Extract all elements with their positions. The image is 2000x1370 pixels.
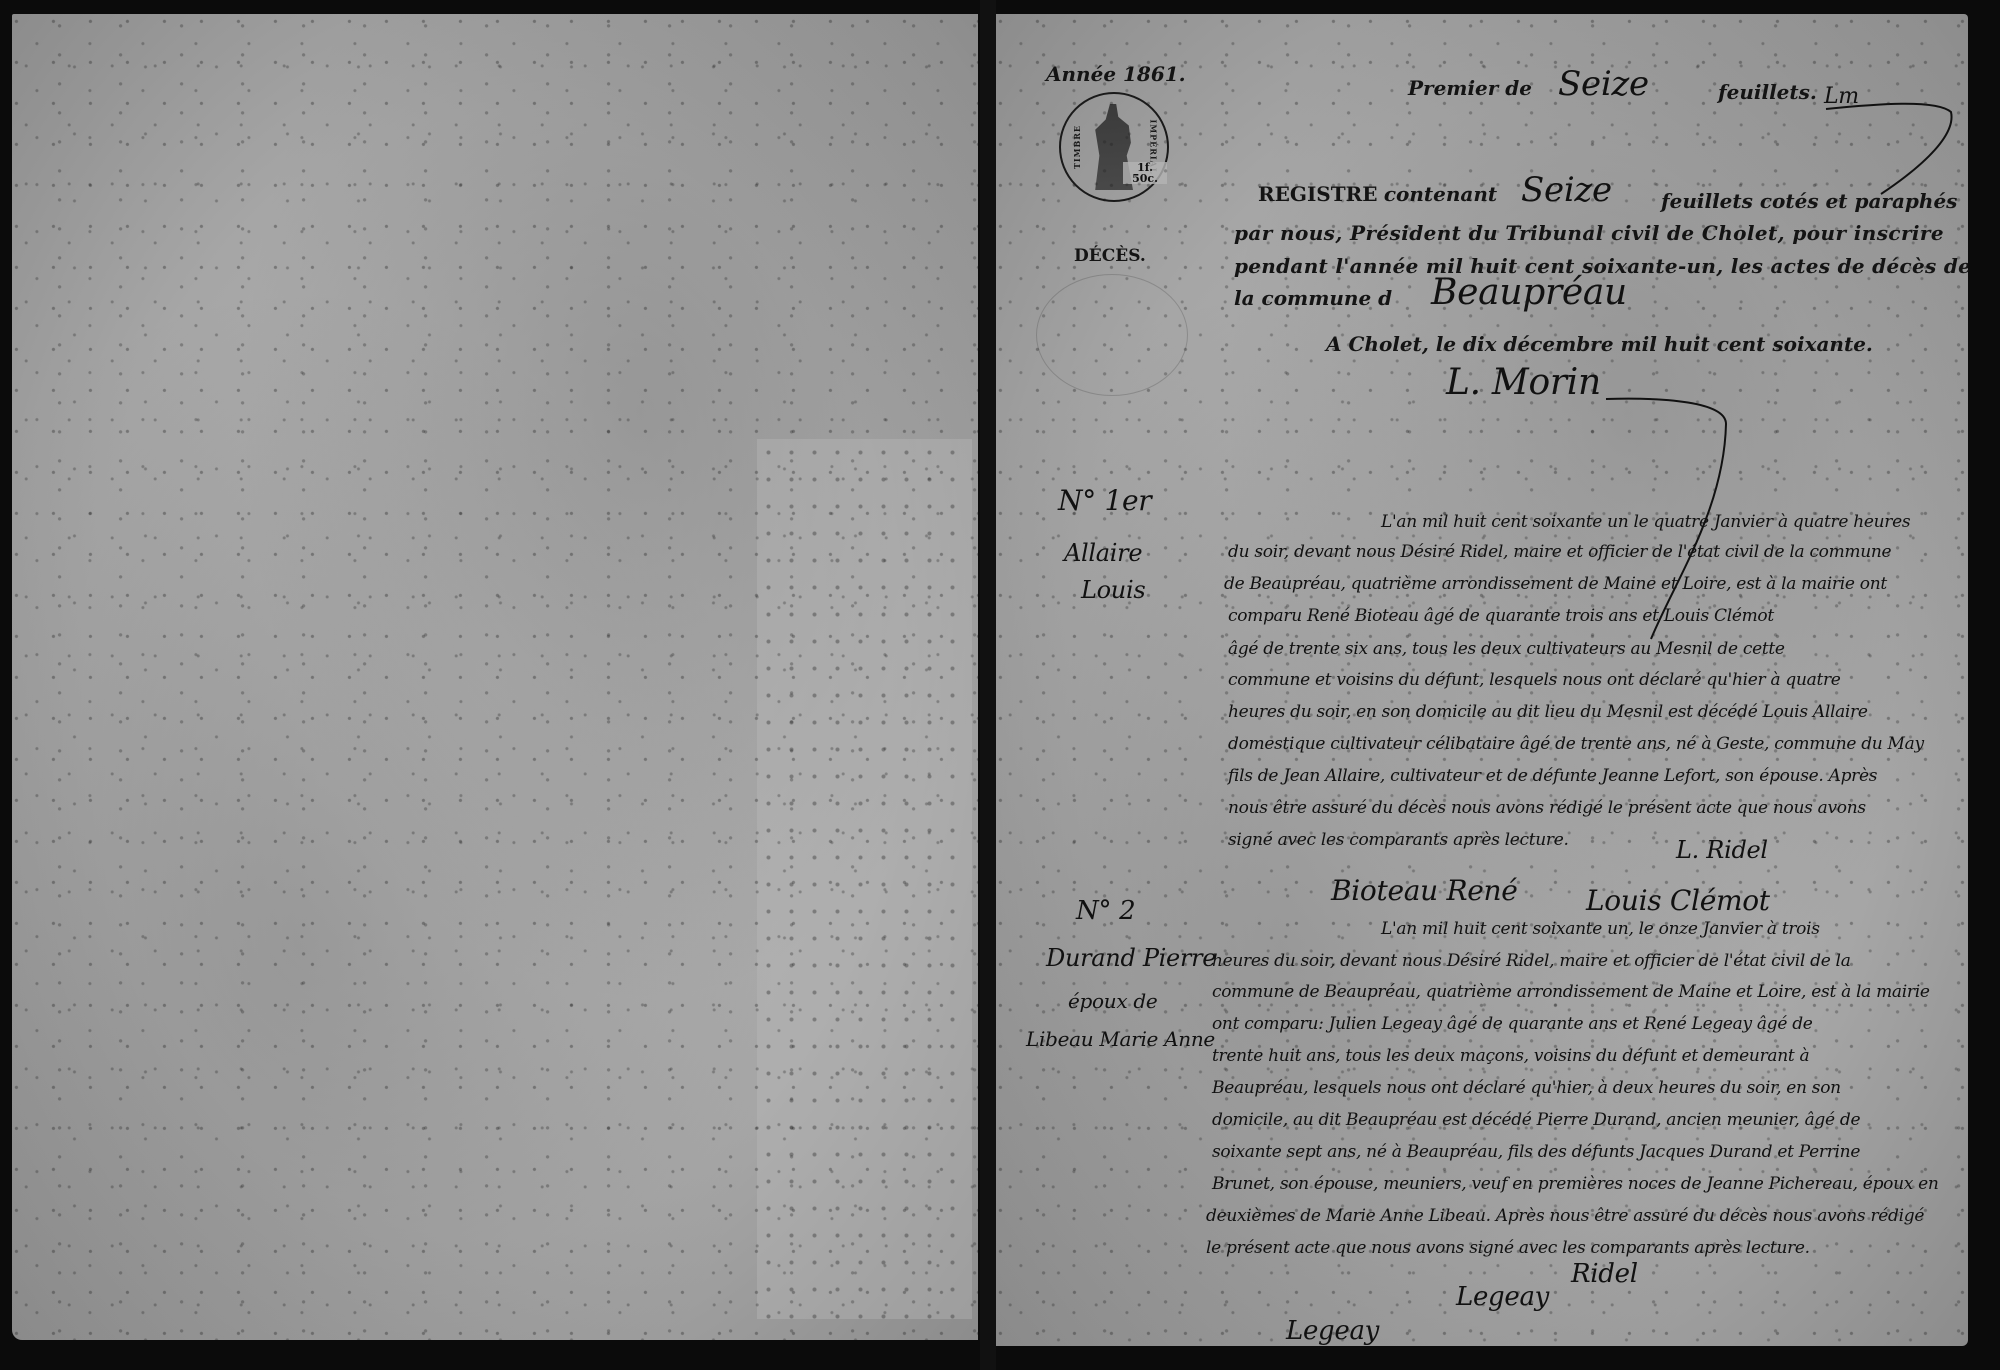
entry-2-signature-witness-2: Legeay bbox=[1286, 1316, 1379, 1346]
entry-2-signature-witness-1: Legeay bbox=[1456, 1282, 1549, 1312]
preamble-line-4: la commune d bbox=[1234, 286, 1392, 310]
sheet-prefix: Premier de bbox=[1408, 76, 1532, 100]
entry-1-firstname: Louis bbox=[1081, 576, 1145, 604]
imperial-tax-stamp: TIMBRE IMPÉRIAL 1f. 50c. bbox=[1059, 92, 1169, 202]
preamble-line-2: par nous, Président du Tribunal civil de… bbox=[1234, 221, 1944, 245]
year-label: Année 1861. bbox=[1046, 62, 1186, 86]
left-page-blank bbox=[12, 14, 978, 1340]
entry-2-spouse-name: Libeau Marie Anne bbox=[1026, 1027, 1215, 1051]
entry-1-signature-witness-1: Bioteau René bbox=[1331, 874, 1518, 907]
entry-1-signature-mayor: L. Ridel bbox=[1676, 836, 1768, 864]
faint-seal-mark bbox=[1036, 274, 1188, 396]
right-page-register: Année 1861. TIMBRE IMPÉRIAL 1f. 50c. DÉC… bbox=[996, 14, 1968, 1346]
entry-2-number: N° 2 bbox=[1076, 896, 1135, 926]
register-type: DÉCÈS. bbox=[1074, 246, 1146, 266]
preamble-line-5: A Cholet, le dix décembre mil huit cent … bbox=[1326, 332, 1873, 356]
entry-2-signature-mayor: Ridel bbox=[1571, 1259, 1638, 1289]
entry-2-spouse-label: époux de bbox=[1068, 989, 1157, 1013]
president-signature: L. Morin bbox=[1446, 362, 1601, 403]
commune-name-handwritten: Beaupréau bbox=[1431, 272, 1627, 313]
stamp-value: 1f. 50c. bbox=[1123, 162, 1167, 184]
entry-1-number: N° 1er bbox=[1058, 484, 1151, 517]
paraph-initial: Lm bbox=[1824, 84, 1859, 109]
paraph-flourish bbox=[1816, 94, 1966, 204]
foxing-stain bbox=[757, 439, 972, 1319]
preamble-line-1-end: feuillets cotés et paraphés bbox=[1661, 189, 1957, 213]
entry-1-surname: Allaire bbox=[1064, 539, 1142, 567]
stamp-text-left: TIMBRE bbox=[1072, 125, 1082, 169]
sheet-suffix: feuillets. bbox=[1718, 80, 1817, 104]
entry-1-signature-witness-2: Louis Clémot bbox=[1586, 884, 1770, 917]
book-spine bbox=[980, 0, 996, 1370]
preamble-count-handwritten: Seize bbox=[1521, 170, 1612, 210]
entry-2-surname: Durand Pierre bbox=[1046, 944, 1216, 972]
sheet-count-handwritten: Seize bbox=[1558, 64, 1649, 104]
preamble-line-1: REGISTRE contenant bbox=[1258, 182, 1497, 206]
